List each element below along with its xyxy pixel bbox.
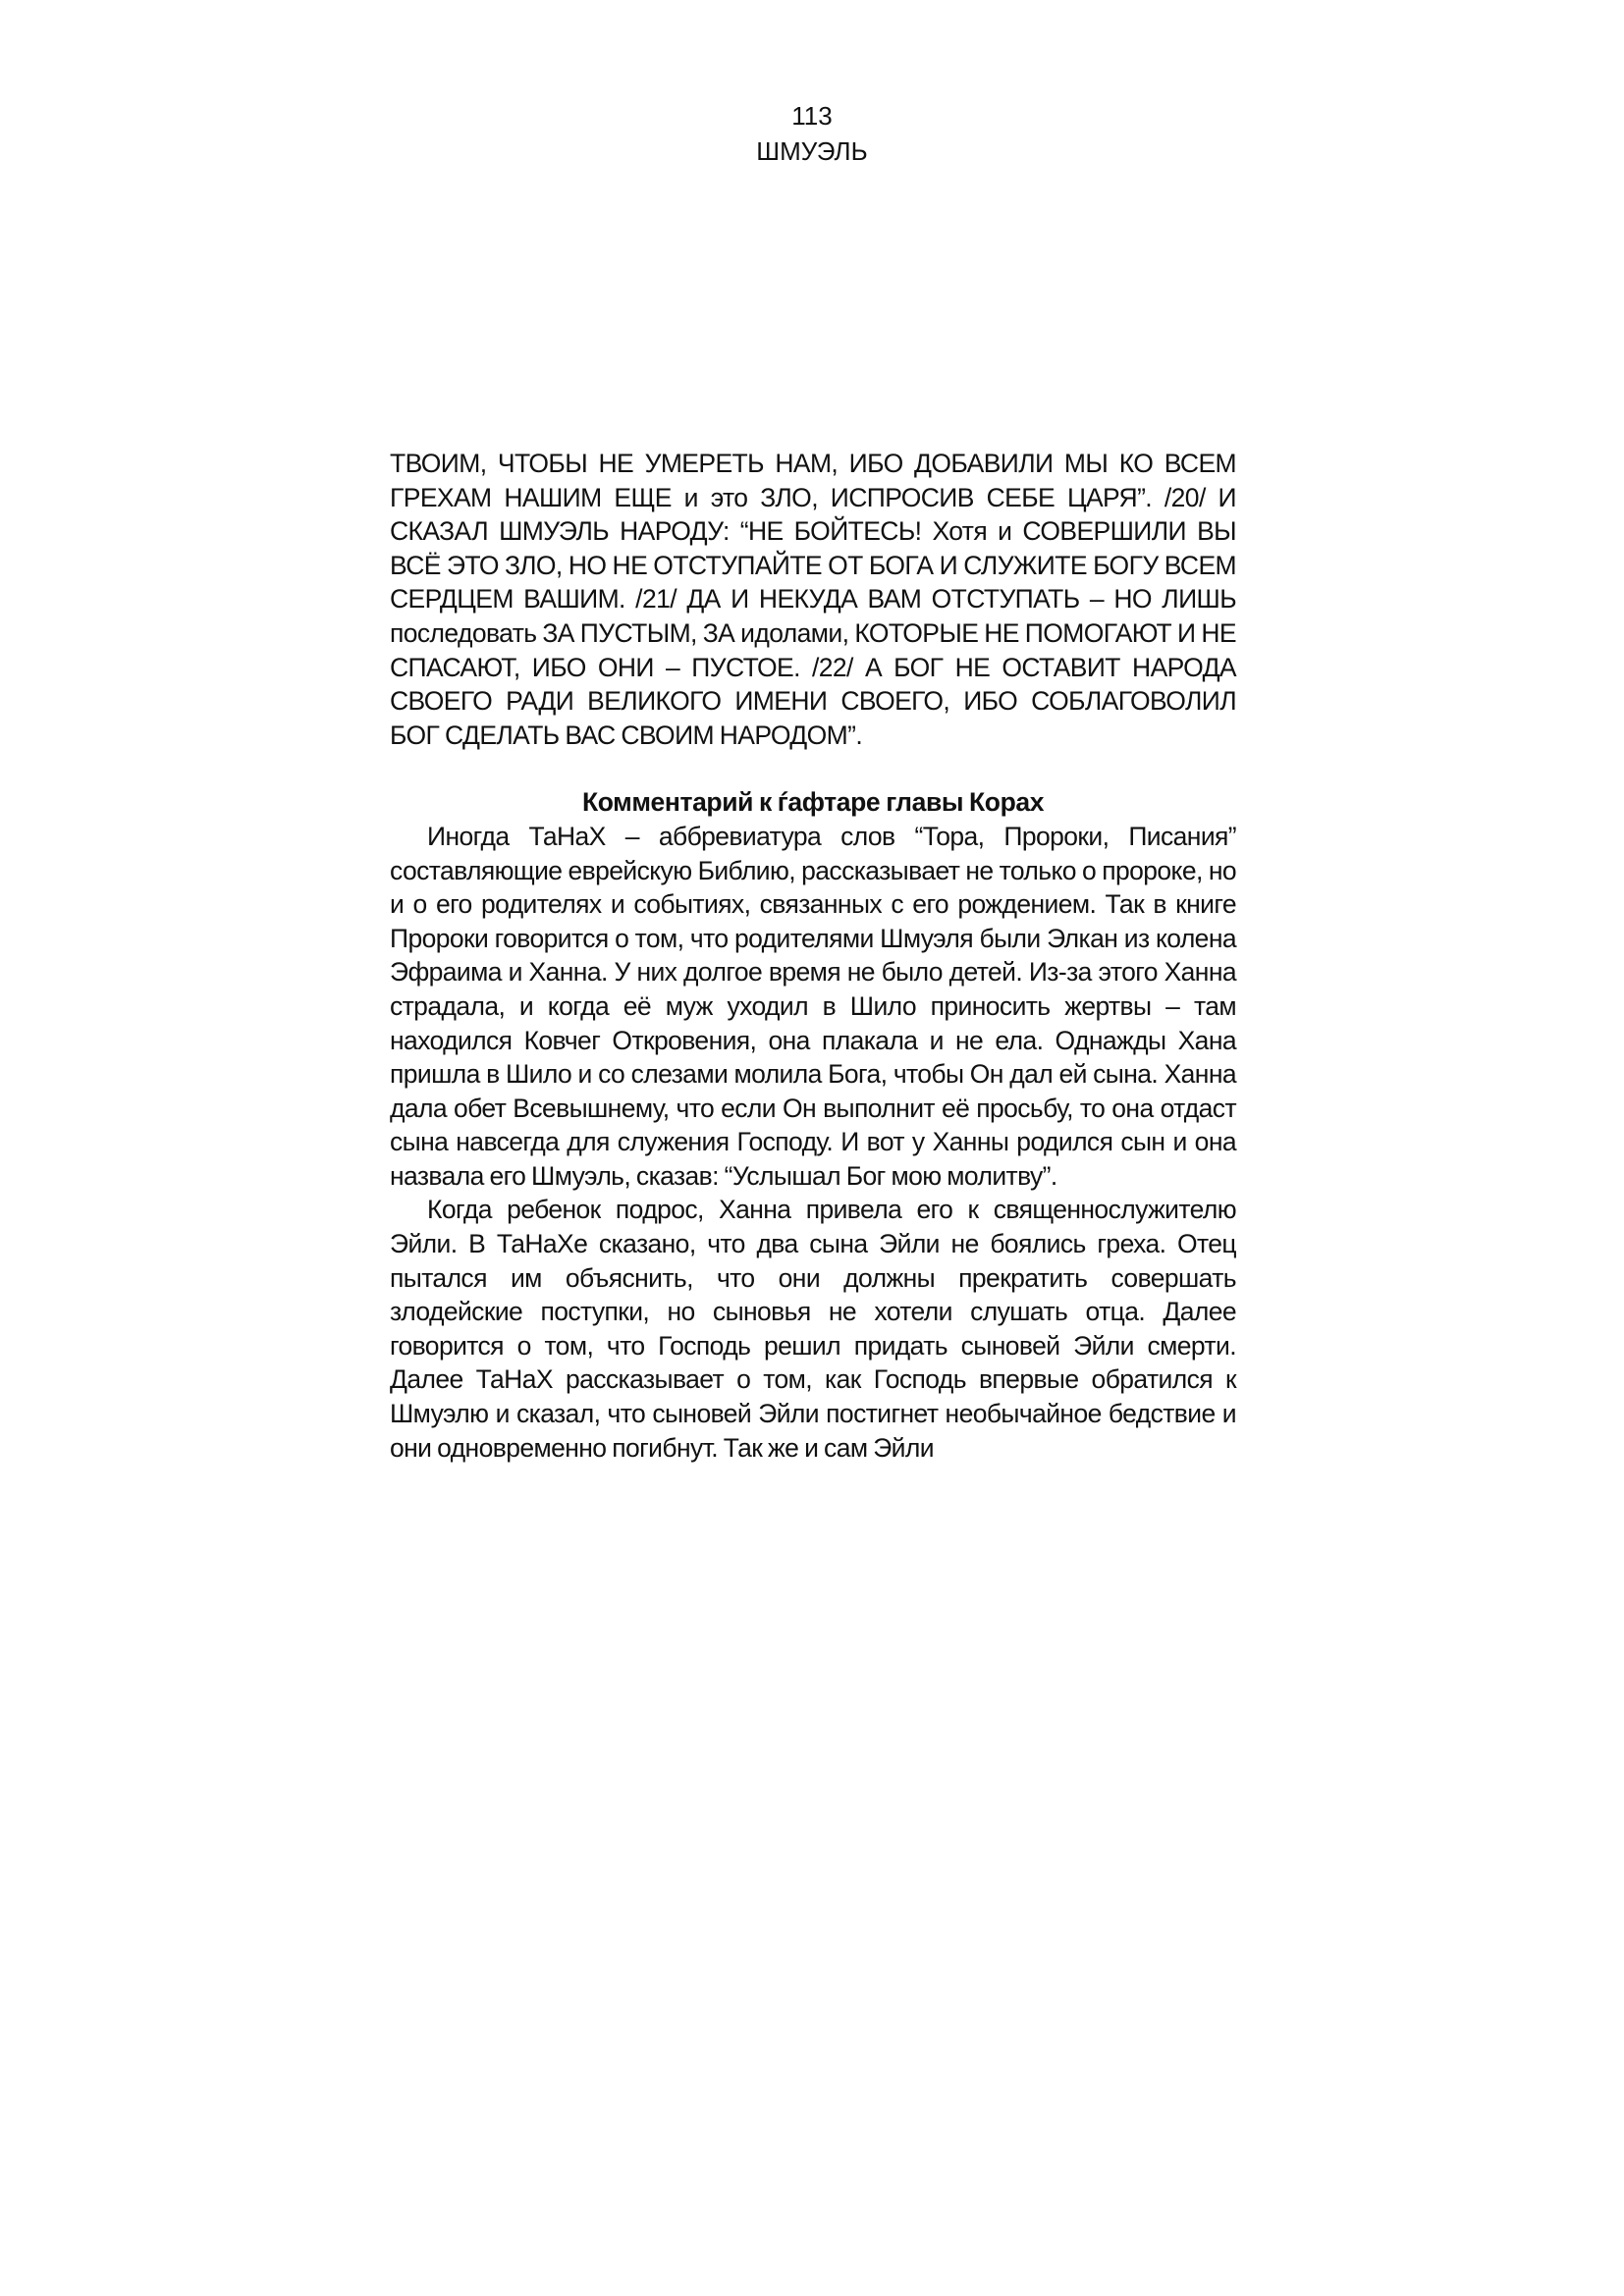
page-body: ТВОИМ, ЧТОБЫ НЕ УМЕРЕТЬ НАМ, ИБО ДОБАВИЛ… (390, 447, 1236, 1465)
running-title: ШМУЭЛЬ (0, 133, 1624, 169)
commentary-title: Комментарий к ѓафтаре главы Корах (390, 785, 1236, 820)
commentary-paragraph: Иногда ТаНаХ – аббревиатура слов “Тора, … (390, 820, 1236, 1194)
commentary-paragraph: Когда ребенок подрос, Ханна привела его … (390, 1193, 1236, 1465)
verse-text: ТВОИМ, ЧТОБЫ НЕ УМЕРЕТЬ НАМ, ИБО ДОБАВИЛ… (390, 447, 1236, 752)
page-number: 113 (0, 98, 1624, 133)
page-header: 113 ШМУЭЛЬ (0, 98, 1624, 169)
